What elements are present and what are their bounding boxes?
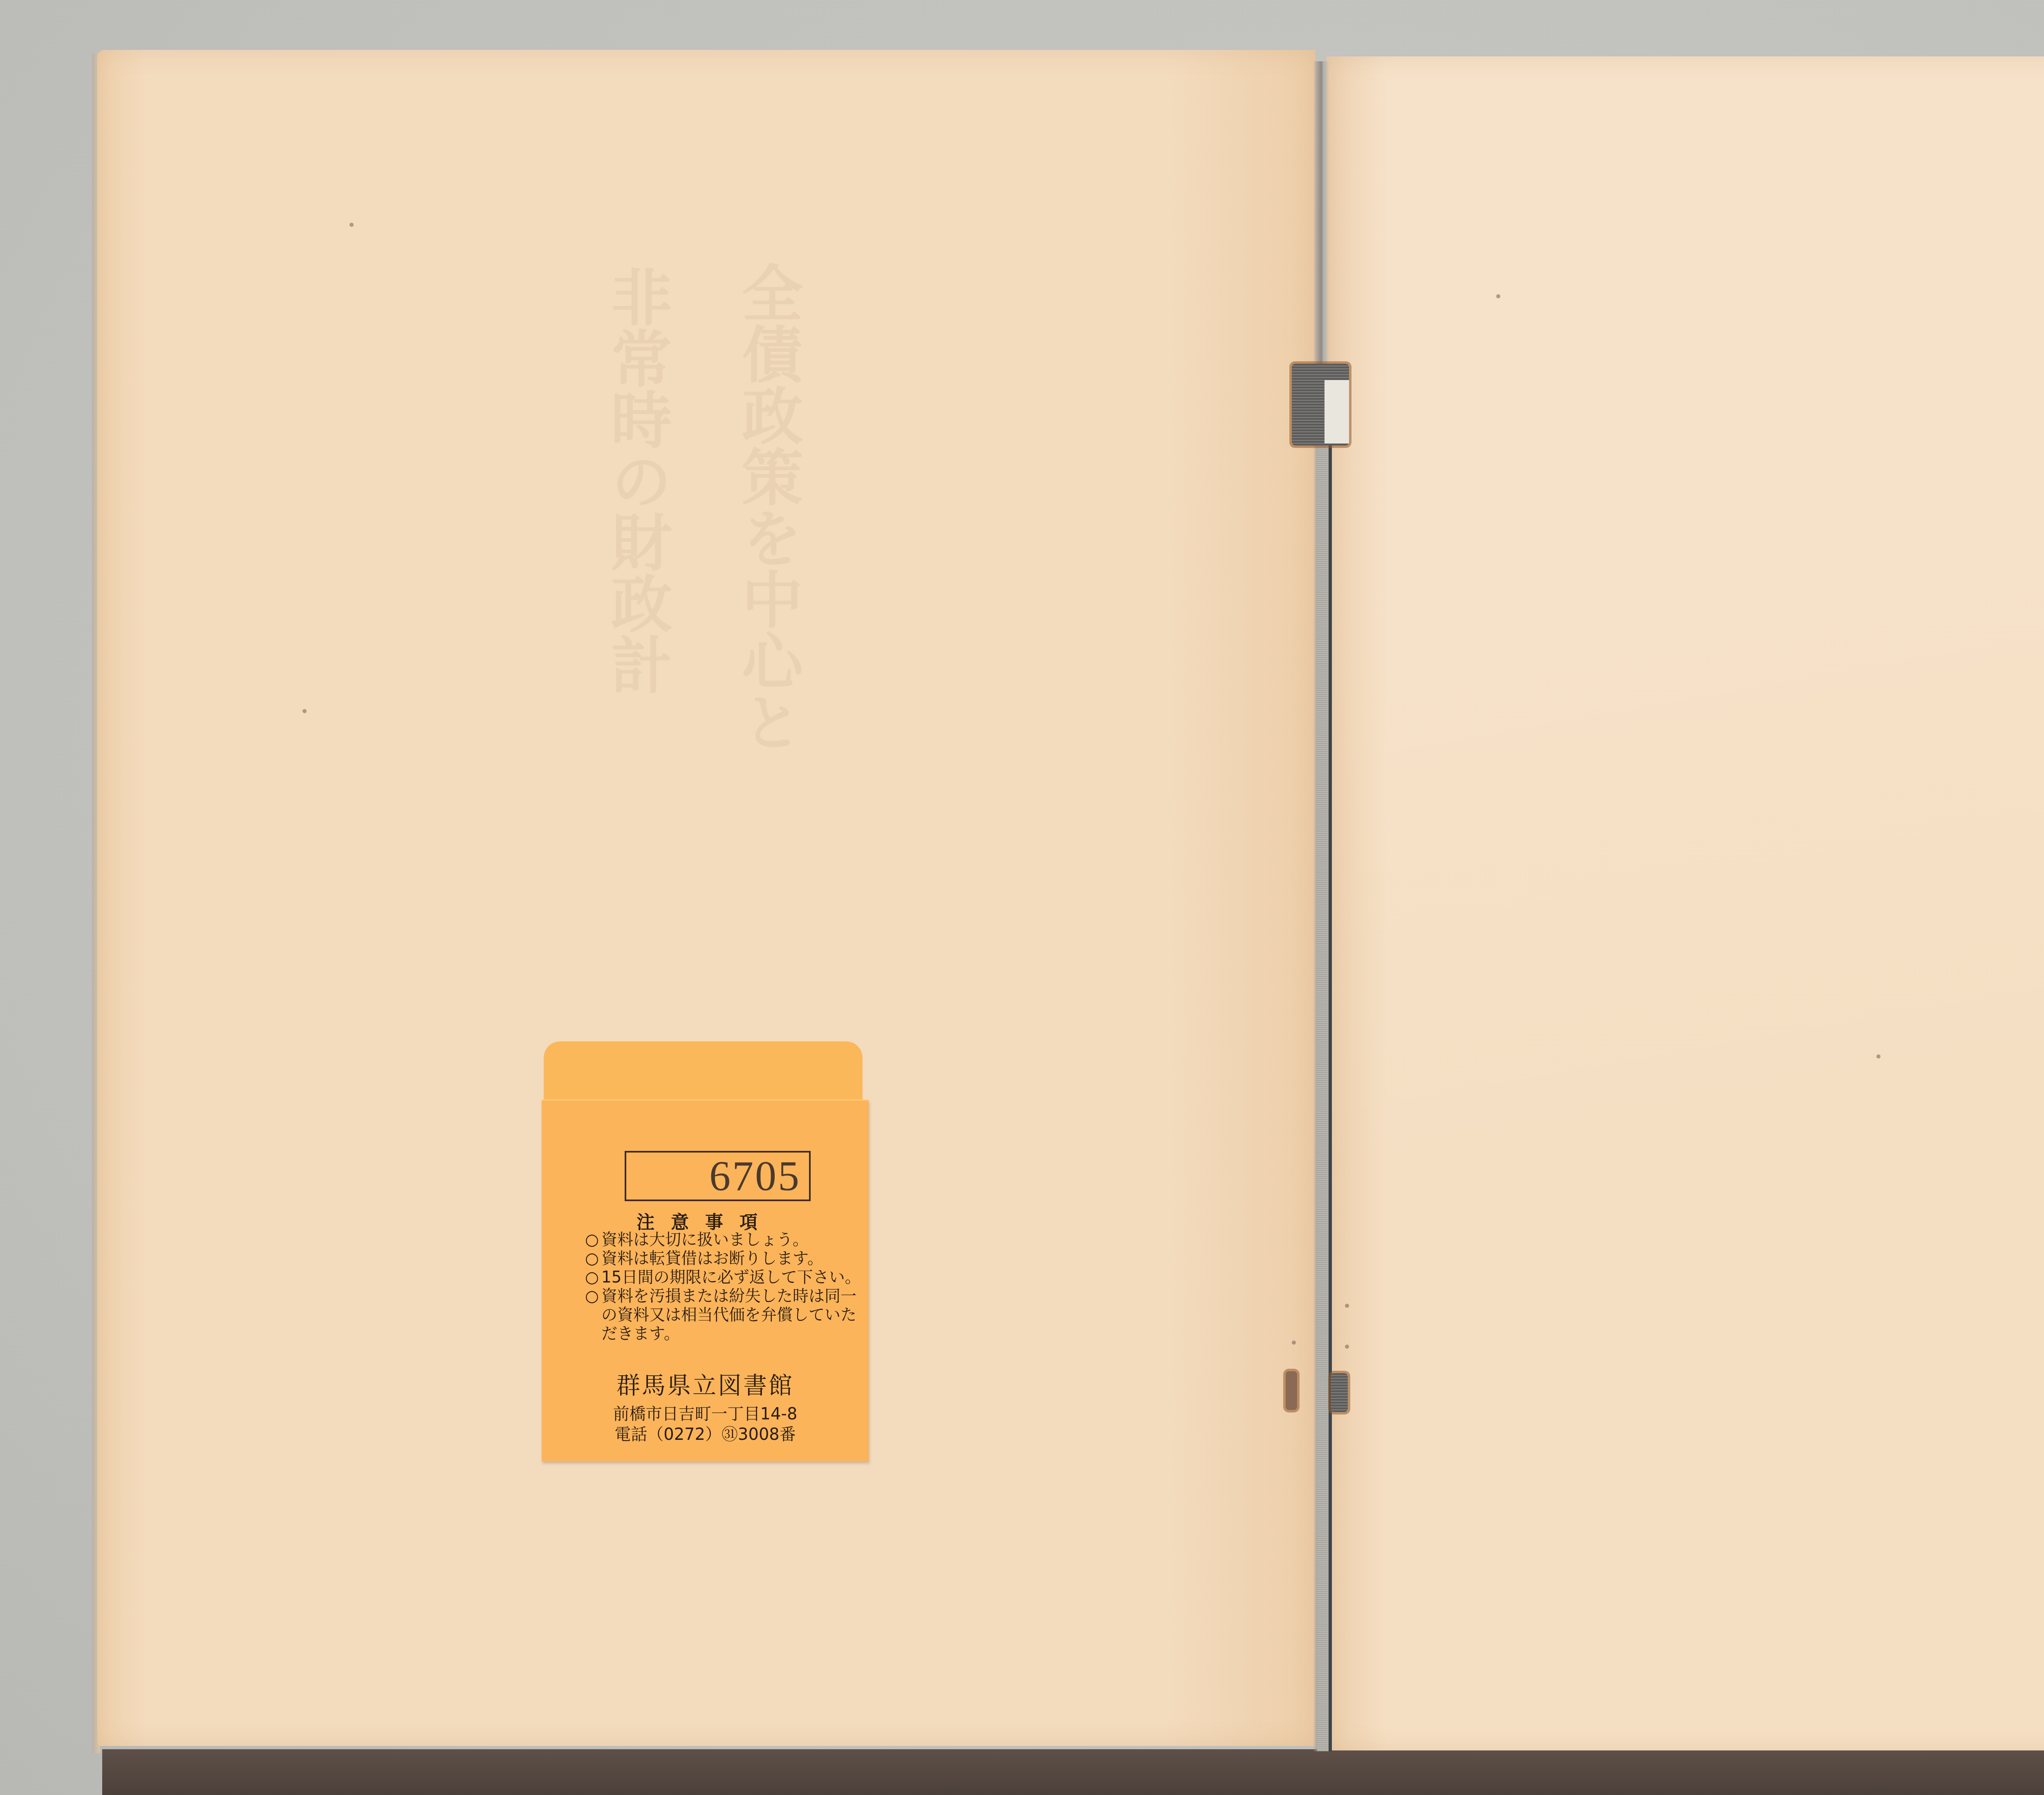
show-through-text-1: 全債政策を中心と [732,262,802,752]
left-page [97,50,1316,1746]
notice-text: 資料を汚損または紛失した時は同一の資料又は相当代価を弁償していただきます。 [601,1287,863,1343]
book-cover-bottom-edge [102,1749,2044,1795]
call-number: 6705 [709,1153,801,1200]
right-page [1327,56,2044,1750]
binding-tape-bottom-left [1286,1371,1297,1410]
notice-text: 15日間の期限に必ず返して下さい。 [601,1268,861,1287]
show-through-text-2: 非常時の財政計 [601,266,672,695]
binding-tape-light [1325,380,1349,443]
paper-speck [1292,1341,1296,1345]
call-number-box: 6705 [625,1151,811,1201]
paper-speck [350,223,354,227]
paper-speck [1496,294,1500,298]
library-address: 前橋市日吉町一丁目14-8 [542,1401,869,1424]
circle-bullet-icon: ○ [585,1231,601,1249]
notice-text: 資料は転貸借はお断りします。 [601,1249,823,1268]
paper-speck [1876,1054,1880,1059]
paper-speck [303,709,307,713]
library-phone: 電話（0272）㉛3008番 [542,1421,869,1445]
notice-text: 資料は大切に扱いましょう。 [601,1231,809,1249]
notice-item: ○ 資料を汚損または紛失した時は同一の資料又は相当代価を弁償していただきます。 [585,1287,863,1343]
circle-bullet-icon: ○ [585,1268,601,1287]
card-pocket-front: 6705 注意事項 ○ 資料は大切に扱いましょう。 ○ 資料は転貸借はお断りしま… [542,1099,869,1461]
notice-item: ○ 資料は大切に扱いましょう。 [585,1231,863,1249]
library-card-pocket[interactable]: 6705 注意事項 ○ 資料は大切に扱いましょう。 ○ 資料は転貸借はお断りしま… [542,1041,869,1460]
binding-tape-top [1292,364,1349,445]
paper-speck [1345,1304,1349,1308]
notice-item: ○ 資料は転貸借はお断りします。 [585,1249,863,1268]
notice-heading: 注意事項 [542,1208,869,1234]
circle-bullet-icon: ○ [585,1249,601,1268]
notice-item: ○ 15日間の期限に必ず返して下さい。 [585,1268,863,1287]
binding-tape-bottom-right [1331,1373,1348,1412]
spine-cloth [1317,441,1332,1751]
paper-speck [1345,1345,1349,1349]
circle-bullet-icon: ○ [585,1287,601,1343]
library-name: 群馬県立図書館 [542,1366,869,1401]
notice-list: ○ 資料は大切に扱いましょう。 ○ 資料は転貸借はお断りします。 ○ 15日間の… [585,1231,863,1343]
